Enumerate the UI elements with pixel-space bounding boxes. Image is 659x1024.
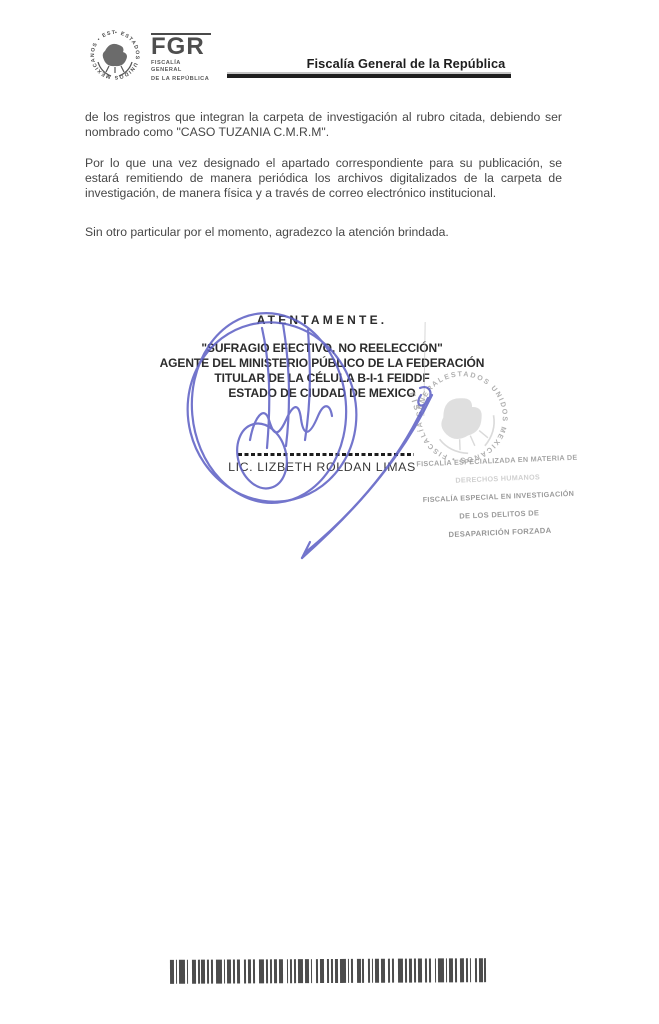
- header-divider: [227, 74, 511, 78]
- document-page: • ESTADOS UNIDOS MEXICANOS • ESTADOS UNI…: [0, 0, 659, 1024]
- paragraph-2: Por lo que una vez designado el apartado…: [85, 156, 562, 202]
- salutation: ATENTAMENTE.: [102, 313, 542, 327]
- barcode: [170, 958, 490, 984]
- closing-line: Sin otro particular por el momento, agra…: [85, 225, 562, 240]
- signature-line: [238, 453, 414, 456]
- fgr-logo: FGR FISCALÍA GENERAL DE LA REPÚBLICA: [151, 33, 211, 83]
- letter-body: de los registros que integran la carpeta…: [85, 110, 562, 256]
- fgr-name-line2: DE LA REPÚBLICA: [151, 76, 211, 83]
- fgr-acronym: FGR: [151, 36, 211, 58]
- fgr-name-line1: FISCALÍA GENERAL: [151, 60, 211, 74]
- mexican-national-seal-icon: • ESTADOS UNIDOS MEXICANOS • ESTADOS UNI…: [86, 26, 144, 84]
- page-title: Fiscalía General de la República: [300, 56, 512, 71]
- stamp-text: FISCALÍA ESPECIALIZADA EN MATERIA DE DER…: [394, 448, 603, 547]
- paragraph-1: de los registros que integran la carpeta…: [85, 110, 562, 141]
